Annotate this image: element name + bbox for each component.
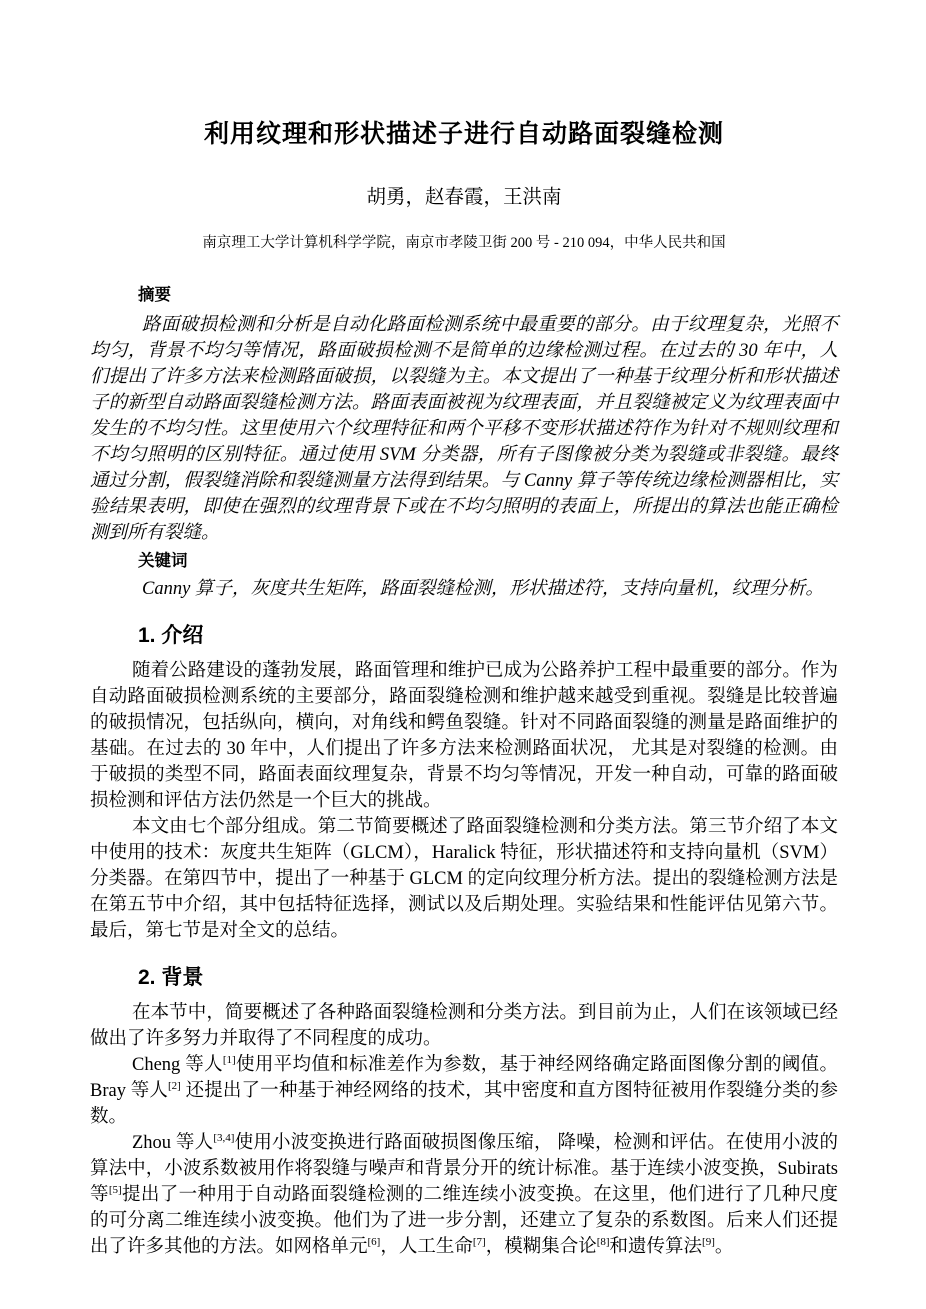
citation-superscript: [2] — [168, 1080, 181, 1092]
section-heading-background: 2. 背景 — [90, 964, 838, 992]
paper-page: 利用纹理和形状描述子进行自动路面裂缝检测 胡勇，赵春霞，王洪南 南京理工大学计算… — [0, 0, 926, 1309]
paragraph: 在本节中，简要概述了各种路面裂缝检测和分类方法。到目前为止，人们在该领域已经做出… — [90, 1000, 838, 1052]
section-introduction: 1. 介绍 随着公路建设的蓬勃发展，路面管理和维护已成为公路养护工程中最重要的部… — [90, 622, 838, 944]
keywords-label: 关键词 — [90, 550, 838, 572]
section-heading-introduction: 1. 介绍 — [90, 622, 838, 650]
abstract-label: 摘要 — [90, 284, 838, 306]
paragraph: 随着公路建设的蓬勃发展，路面管理和维护已成为公路养护工程中最重要的部分。作为自动… — [90, 658, 838, 814]
citation-superscript: [9] — [702, 1236, 715, 1248]
paragraph: Cheng 等人[1]使用平均值和标准差作为参数，基于神经网络确定路面图像分割的… — [90, 1052, 838, 1130]
citation-superscript: [1] — [223, 1054, 236, 1066]
paragraph: Zhou 等人[3,4]使用小波变换进行路面破损图像压缩， 降噪，检测和评估。在… — [90, 1130, 838, 1260]
citation-superscript: [7] — [473, 1236, 486, 1248]
section-body-background: 在本节中，简要概述了各种路面裂缝检测和分类方法。到目前为止，人们在该领域已经做出… — [90, 1000, 838, 1260]
section-background: 2. 背景 在本节中，简要概述了各种路面裂缝检测和分类方法。到目前为止，人们在该… — [90, 964, 838, 1260]
citation-superscript: [8] — [597, 1236, 610, 1248]
paragraph: 本文由七个部分组成。第二节简要概述了路面裂缝检测和分类方法。第三节介绍了本文中使… — [90, 814, 838, 944]
abstract-text: 路面破损检测和分析是自动化路面检测系统中最重要的部分。由于纹理复杂，光照不均匀，… — [90, 312, 838, 546]
paper-title: 利用纹理和形状描述子进行自动路面裂缝检测 — [90, 116, 838, 152]
citation-superscript: [5] — [109, 1184, 122, 1196]
paper-authors: 胡勇，赵春霞，王洪南 — [90, 184, 838, 212]
paper-affiliation: 南京理工大学计算机科学学院，南京市孝陵卫街 200 号 - 210 094，中华… — [90, 232, 838, 254]
keywords-text: Canny 算子，灰度共生矩阵，路面裂缝检测，形状描述符，支持向量机，纹理分析。 — [90, 576, 838, 602]
citation-superscript: [3,4] — [213, 1132, 234, 1144]
citation-superscript: [6] — [368, 1236, 381, 1248]
section-body-introduction: 随着公路建设的蓬勃发展，路面管理和维护已成为公路养护工程中最重要的部分。作为自动… — [90, 658, 838, 944]
